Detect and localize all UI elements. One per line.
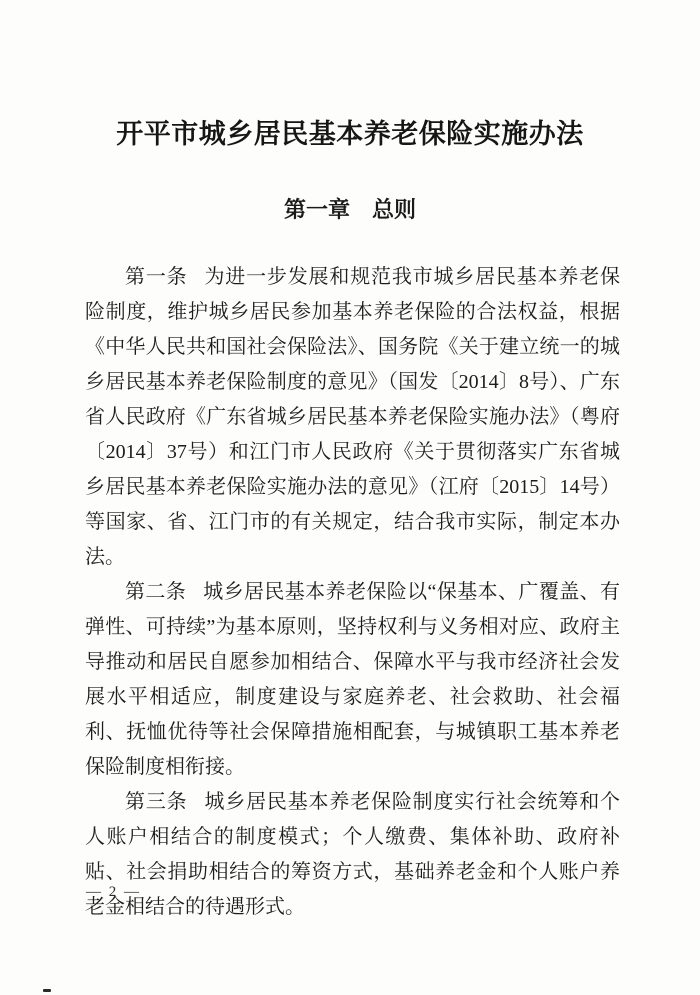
article-2-paragraph: 第二条城乡居民基本养老保险以“保基本、广覆盖、有弹性、可持续”为基本原则，坚持权… xyxy=(85,575,620,785)
document-body: 第一条为进一步发展和规范我市城乡居民基本养老保险制度，维护城乡居民参加基本养老保… xyxy=(85,260,620,925)
page-number: — 2 — xyxy=(86,884,141,901)
article-1-label: 第一条 xyxy=(125,266,187,288)
document-title: 开平市城乡居民基本养老保险实施办法 xyxy=(0,112,700,151)
article-3-paragraph: 第三条城乡居民基本养老保险制度实行社会统筹和个人账户相结合的制度模式；个人缴费、… xyxy=(85,785,620,925)
article-1-text: 为进一步发展和规范我市城乡居民基本养老保险制度，维护城乡居民参加基本养老保险的合… xyxy=(85,266,620,568)
article-1-paragraph: 第一条为进一步发展和规范我市城乡居民基本养老保险制度，维护城乡居民参加基本养老保… xyxy=(85,260,620,575)
scan-artifact-mark xyxy=(43,989,51,992)
article-3-label: 第三条 xyxy=(125,791,187,813)
chapter-heading: 第一章 总则 xyxy=(0,193,700,224)
article-2-text: 城乡居民基本养老保险以“保基本、广覆盖、有弹性、可持续”为基本原则，坚持权利与义… xyxy=(85,581,620,778)
article-2-label: 第二条 xyxy=(125,581,186,603)
scanned-document-page: 开平市城乡居民基本养老保险实施办法 第一章 总则 第一条为进一步发展和规范我市城… xyxy=(0,0,700,995)
